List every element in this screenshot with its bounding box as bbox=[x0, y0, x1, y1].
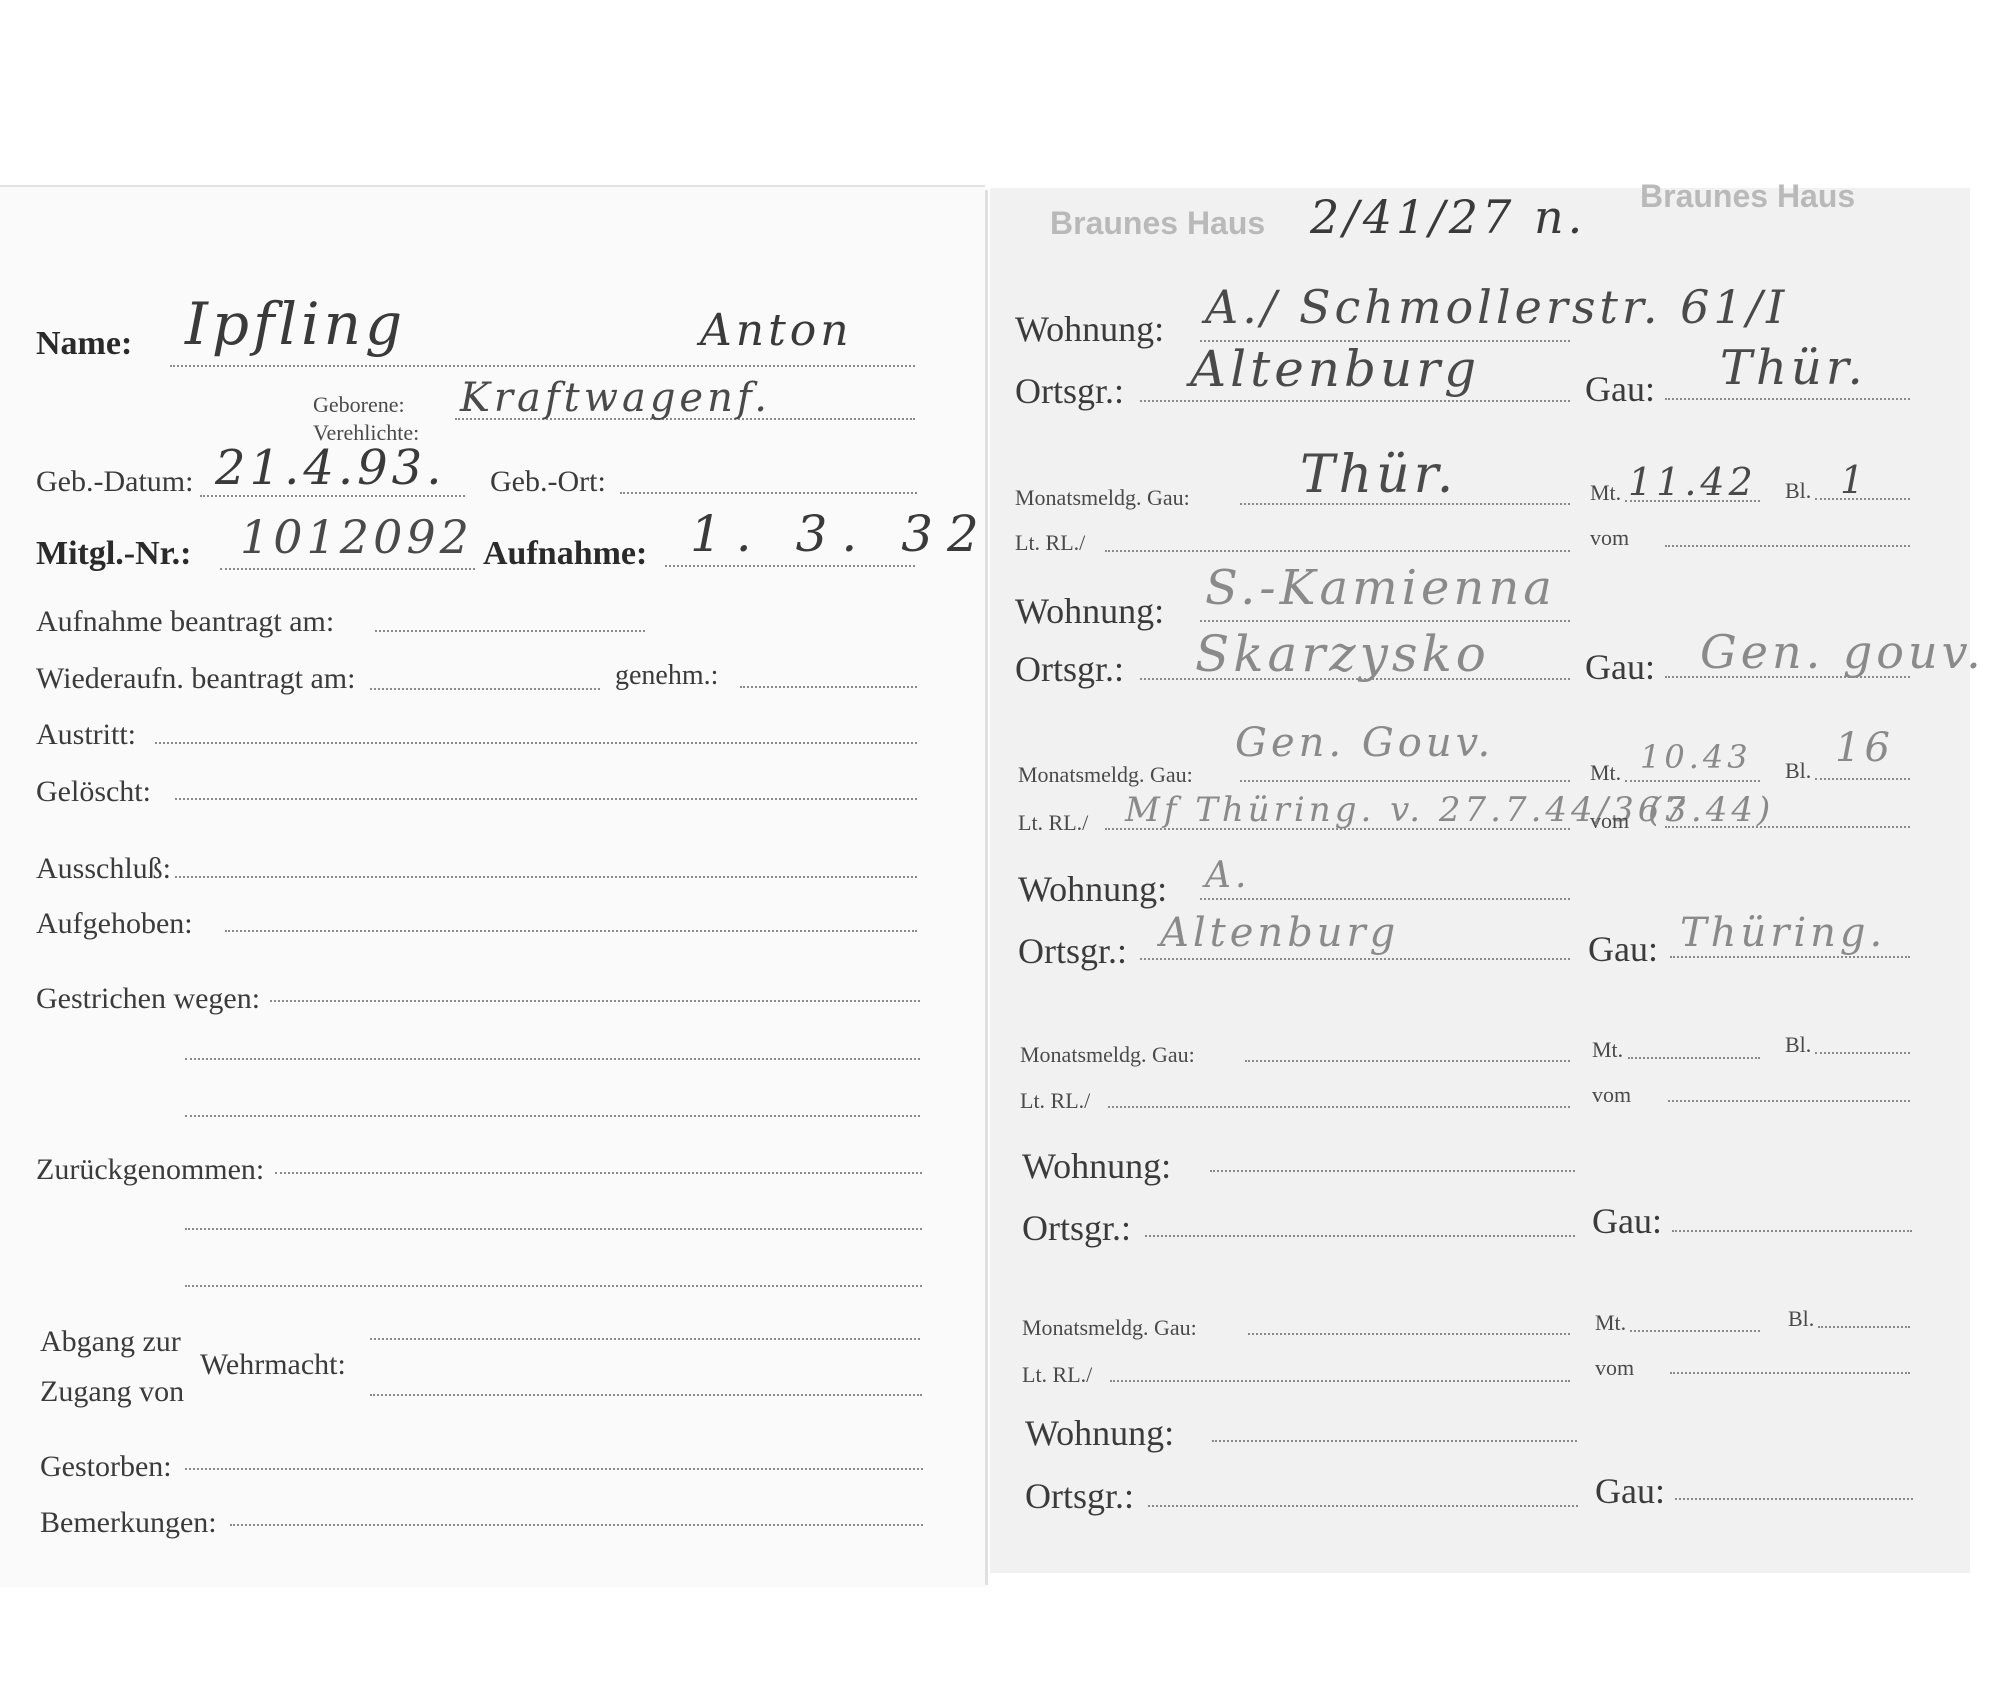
zurueckgenommen-line-2 bbox=[185, 1228, 922, 1230]
ortsgr-value-1: Altenburg bbox=[1190, 340, 1480, 398]
wohnung-label-1: Wohnung: bbox=[1015, 308, 1164, 350]
vom-label-1: vom bbox=[1590, 525, 1629, 551]
abgang-label: Abgang zur bbox=[40, 1325, 181, 1359]
monatsmeldg-value-2: Gen. Gouv. bbox=[1235, 720, 1494, 766]
gau-label-4: Gau: bbox=[1592, 1200, 1662, 1242]
monatsmeldg-label-1: Monatsmeldg. Gau: bbox=[1015, 485, 1190, 511]
vom-label-2: vom bbox=[1590, 808, 1629, 834]
lt-rl-label-4: Lt. RL./ bbox=[1022, 1362, 1092, 1388]
monatsmeldg-line-4 bbox=[1248, 1333, 1570, 1335]
mt-label-4: Mt. bbox=[1595, 1310, 1626, 1336]
stamp-number: 2/41/27 n. bbox=[1310, 190, 1586, 244]
zugang-label: Zugang von bbox=[40, 1375, 184, 1409]
ortsgr-label-5: Ortsgr.: bbox=[1025, 1475, 1134, 1517]
vom-label-4: vom bbox=[1595, 1355, 1634, 1381]
bl-value-1: 1 bbox=[1840, 458, 1868, 502]
wohnung-line-5 bbox=[1212, 1440, 1577, 1442]
genehm-label: genehm.: bbox=[615, 660, 718, 692]
mt-line-4 bbox=[1630, 1330, 1760, 1332]
bl-label-1: Bl. bbox=[1785, 478, 1811, 504]
monatsmeldg-line-3 bbox=[1245, 1060, 1570, 1062]
wohnung-label-4: Wohnung: bbox=[1022, 1145, 1171, 1187]
bl-label-3: Bl. bbox=[1785, 1032, 1811, 1058]
occupation-value: Kraftwagenf. bbox=[460, 375, 771, 421]
lt-rl-label-1: Lt. RL./ bbox=[1015, 530, 1085, 556]
vom-label-3: vom bbox=[1592, 1082, 1631, 1108]
mt-label-3: Mt. bbox=[1592, 1037, 1623, 1063]
gau-line-3 bbox=[1670, 956, 1910, 958]
card-fold-divider bbox=[985, 190, 988, 1585]
wohnung-value-1: A./ Schmollerstr. 61/I bbox=[1205, 280, 1788, 334]
wehrmacht-label: Wehrmacht: bbox=[200, 1348, 346, 1382]
ausschluss-line bbox=[175, 876, 917, 878]
monatsmeldg-value-1: Thür. bbox=[1300, 445, 1457, 505]
surname-value: Ipfling bbox=[185, 290, 406, 358]
mt-label-2: Mt. bbox=[1590, 760, 1621, 786]
mitgl-nr-label: Mitgl.-Nr.: bbox=[36, 535, 191, 573]
given-name-value: Anton bbox=[700, 305, 853, 356]
bemerkungen-line bbox=[230, 1524, 923, 1526]
ortsgr-label-3: Ortsgr.: bbox=[1018, 930, 1127, 972]
gestrichen-line-2 bbox=[185, 1058, 920, 1060]
wohnung-line-4 bbox=[1210, 1170, 1575, 1172]
mitgl-nr-line bbox=[220, 568, 475, 570]
ortsgr-label-1: Ortsgr.: bbox=[1015, 370, 1124, 412]
gau-value-3: Thüring. bbox=[1680, 910, 1886, 956]
aufnahme-line bbox=[665, 565, 915, 567]
gestrichen-line-1 bbox=[270, 1000, 920, 1002]
name-label: Name: bbox=[36, 325, 132, 363]
bemerkungen-label: Bemerkungen: bbox=[40, 1506, 217, 1540]
bl-label-4: Bl. bbox=[1788, 1306, 1814, 1332]
aufgehoben-label: Aufgehoben: bbox=[36, 907, 193, 941]
bl-line-2 bbox=[1815, 778, 1910, 780]
wohnung-line-2 bbox=[1200, 620, 1570, 622]
ortsgr-label-2: Ortsgr.: bbox=[1015, 648, 1124, 690]
wohnung-label-2: Wohnung: bbox=[1015, 590, 1164, 632]
lt-rl-label-2: Lt. RL./ bbox=[1018, 810, 1088, 836]
bl-value-2: 16 bbox=[1835, 725, 1894, 771]
vom-line-4 bbox=[1670, 1372, 1910, 1374]
ortsgr-value-2: Skarzysko bbox=[1195, 625, 1490, 683]
wohnung-value-3: A. bbox=[1205, 855, 1250, 896]
zurueckgenommen-label: Zurückgenommen: bbox=[36, 1153, 264, 1187]
bl-label-2: Bl. bbox=[1785, 758, 1811, 784]
monatsmeldg-line-2 bbox=[1240, 780, 1570, 782]
gau-line-4 bbox=[1672, 1230, 1912, 1232]
gau-value-1: Thür. bbox=[1720, 340, 1867, 396]
wiederaufn-line bbox=[370, 688, 600, 690]
zugang-line bbox=[370, 1394, 922, 1396]
geborene-label: Geborene: bbox=[313, 392, 405, 418]
vom-value-2: (3.44) bbox=[1648, 790, 1774, 830]
name-line bbox=[170, 365, 915, 367]
ortsgr-line-1 bbox=[1140, 400, 1570, 402]
geb-ort-label: Geb.-Ort: bbox=[490, 465, 606, 499]
wohnung-value-2: S.-Kamienna bbox=[1205, 560, 1556, 616]
braunes-haus-stamp-right: Braunes Haus bbox=[1640, 178, 1855, 215]
aufnahme-beantragt-label: Aufnahme beantragt am: bbox=[36, 605, 334, 639]
austritt-line bbox=[155, 742, 917, 744]
genehm-line bbox=[740, 686, 917, 688]
lt-rl-line-3 bbox=[1108, 1106, 1570, 1108]
gau-line-5 bbox=[1675, 1498, 1913, 1500]
lt-rl-line-1 bbox=[1105, 550, 1570, 552]
mt-label-1: Mt. bbox=[1590, 480, 1621, 506]
ortsgr-line-5 bbox=[1148, 1505, 1578, 1507]
gau-label-5: Gau: bbox=[1595, 1470, 1665, 1512]
gau-label-1: Gau: bbox=[1585, 368, 1655, 410]
gau-label-3: Gau: bbox=[1588, 928, 1658, 970]
gestrichen-line-3 bbox=[185, 1115, 920, 1117]
aufnahme-value: 1. 3. 32 bbox=[690, 505, 993, 563]
mt-value-2: 10.43 bbox=[1640, 738, 1752, 776]
ortsgr-line-3 bbox=[1140, 958, 1570, 960]
ortsgr-line-4 bbox=[1145, 1235, 1575, 1237]
geloescht-line bbox=[175, 798, 917, 800]
wiederaufn-label: Wiederaufn. beantragt am: bbox=[36, 662, 355, 696]
zurueckgenommen-line-3 bbox=[185, 1285, 922, 1287]
geb-ort-line bbox=[620, 492, 917, 494]
wohnung-line-3 bbox=[1200, 898, 1570, 900]
monatsmeldg-label-2: Monatsmeldg. Gau: bbox=[1018, 762, 1193, 788]
austritt-label: Austritt: bbox=[36, 718, 136, 752]
wohnung-label-3: Wohnung: bbox=[1018, 868, 1167, 910]
vom-line-1 bbox=[1665, 545, 1910, 547]
monatsmeldg-label-3: Monatsmeldg. Gau: bbox=[1020, 1042, 1195, 1068]
aufnahme-beantragt-line bbox=[375, 630, 645, 632]
gau-line-1 bbox=[1665, 398, 1910, 400]
gau-label-2: Gau: bbox=[1585, 646, 1655, 688]
gau-value-2: Gen. gouv. bbox=[1700, 625, 1985, 679]
mt-value-1: 11.42 bbox=[1628, 460, 1757, 504]
bl-line-4 bbox=[1818, 1326, 1910, 1328]
gestorben-label: Gestorben: bbox=[40, 1450, 172, 1484]
ortsgr-label-4: Ortsgr.: bbox=[1022, 1207, 1131, 1249]
mt-line-3 bbox=[1628, 1057, 1760, 1059]
wohnung-label-5: Wohnung: bbox=[1025, 1412, 1174, 1454]
geloescht-label: Gelöscht: bbox=[36, 775, 151, 809]
braunes-haus-stamp-left: Braunes Haus bbox=[1050, 205, 1265, 242]
mt-line-2 bbox=[1625, 780, 1760, 782]
mitgl-nr-value: 1012092 bbox=[240, 510, 473, 564]
aufgehoben-line bbox=[225, 930, 917, 932]
aufnahme-label: Aufnahme: bbox=[483, 535, 647, 573]
gestrichen-label: Gestrichen wegen: bbox=[36, 982, 260, 1016]
vom-line-3 bbox=[1668, 1100, 1910, 1102]
bl-line-3 bbox=[1815, 1052, 1910, 1054]
geb-datum-label: Geb.-Datum: bbox=[36, 465, 193, 499]
ausschluss-label: Ausschluß: bbox=[36, 852, 171, 886]
geb-datum-value: 21.4.93. bbox=[215, 440, 445, 496]
abgang-line bbox=[370, 1338, 920, 1340]
zurueckgenommen-line-1 bbox=[275, 1172, 922, 1174]
gestorben-line bbox=[185, 1468, 923, 1470]
lt-rl-label-3: Lt. RL./ bbox=[1020, 1088, 1090, 1114]
monatsmeldg-label-4: Monatsmeldg. Gau: bbox=[1022, 1315, 1197, 1341]
ortsgr-value-3: Altenburg bbox=[1160, 910, 1399, 956]
lt-rl-line-4 bbox=[1110, 1380, 1570, 1382]
